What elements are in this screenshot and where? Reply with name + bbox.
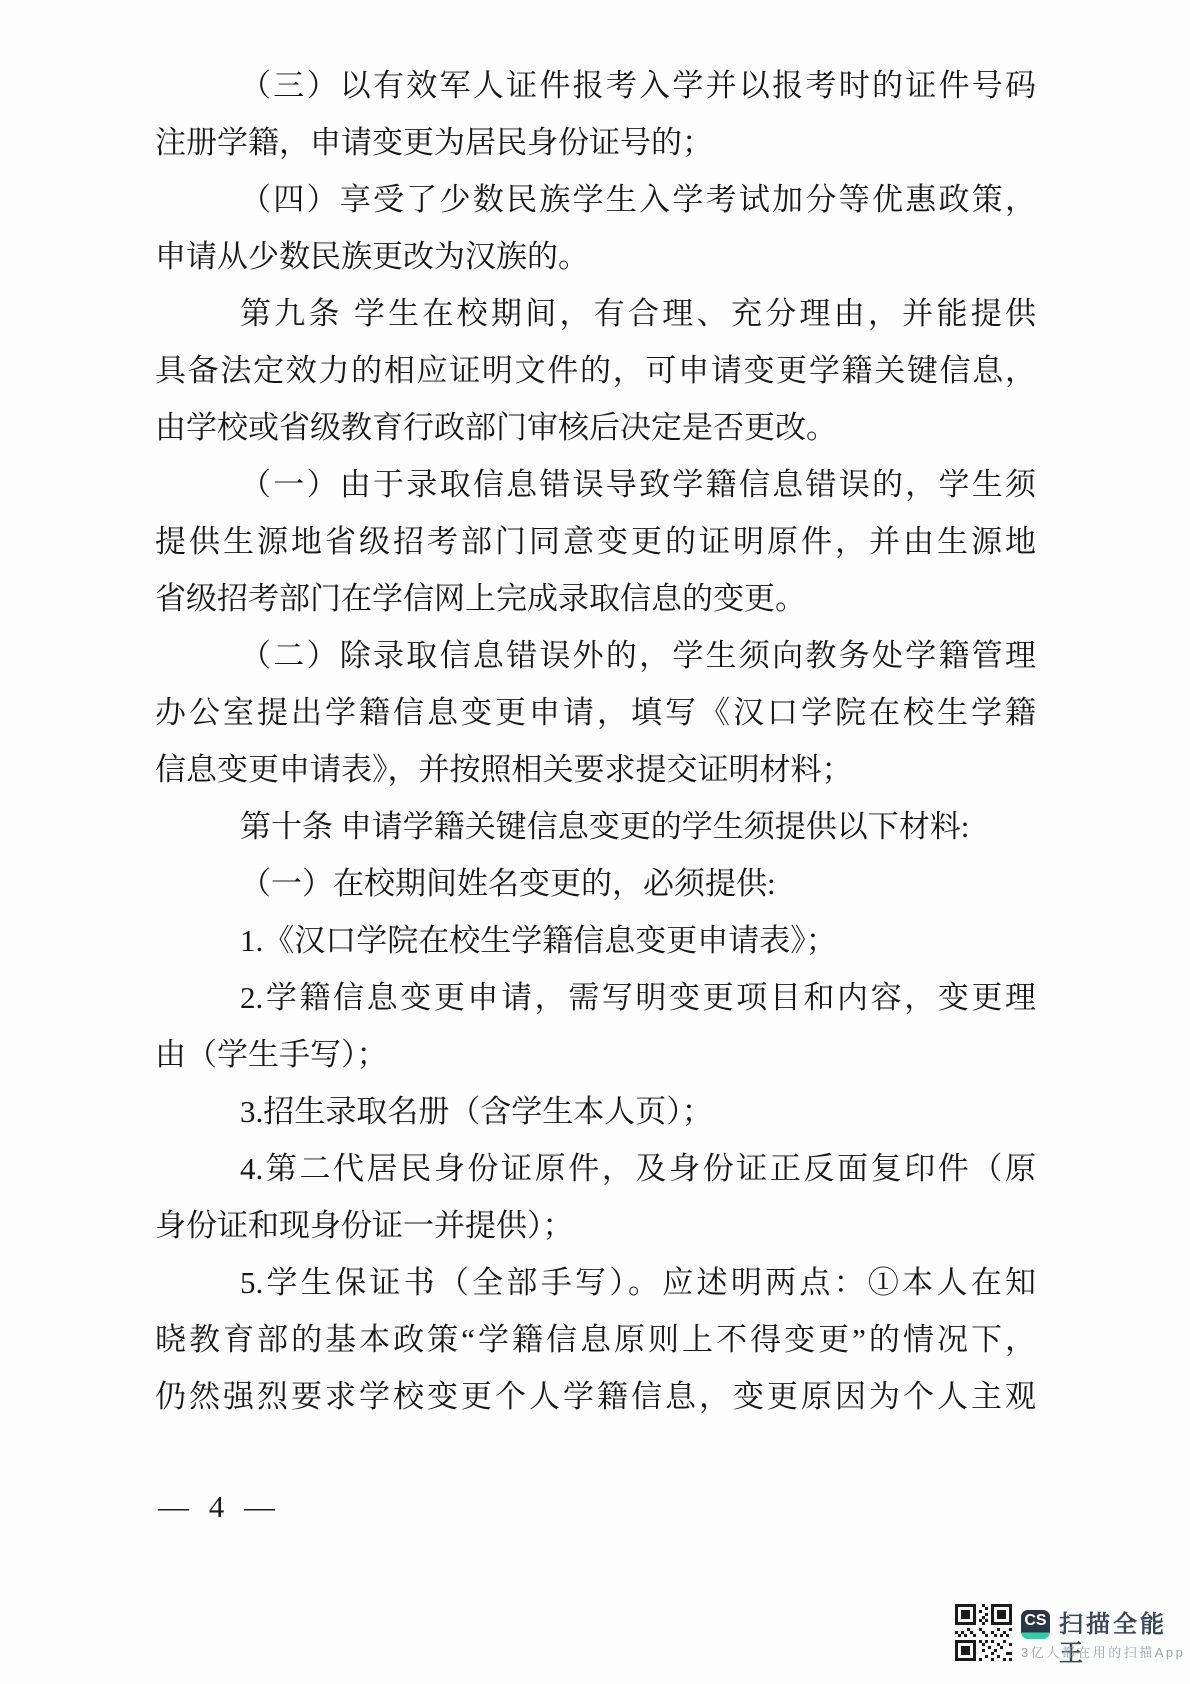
document-line: 第九条 学生在校期间，有合理、充分理由，并能提供 <box>155 285 1036 342</box>
document-line: 具备法定效力的相应证明文件的，可申请变更学籍关键信息， <box>155 342 1036 399</box>
document-line: 1.《汉口学院在校生学籍信息变更申请表》； <box>155 912 1036 969</box>
document-line: 办公室提出学籍信息变更申请，填写《汉口学院在校生学籍 <box>155 684 1036 741</box>
document-line: 身份证和现身份证一并提供）； <box>155 1197 1036 1254</box>
document-line: 4.第二代居民身份证原件，及身份证正反面复印件（原 <box>155 1140 1036 1197</box>
document-line: 3.招生录取名册（含学生本人页）； <box>155 1083 1036 1140</box>
camscanner-logo-text: CS <box>1024 1610 1046 1632</box>
camscanner-tagline: 3亿人都在用的扫描App <box>1021 1642 1185 1661</box>
camscanner-app-name: 扫描全能王 <box>1059 1610 1190 1639</box>
document-line: 由（学生手写）； <box>155 1026 1036 1083</box>
document-line: 省级招考部门在学信网上完成录取信息的变更。 <box>155 570 1036 627</box>
scanned-page: （三）以有效军人证件报考入学并以报考时的证件号码注册学籍，申请变更为居民身份证号… <box>0 0 1190 1684</box>
document-line: 申请从少数民族更改为汉族的。 <box>155 228 1036 285</box>
document-line: （三）以有效军人证件报考入学并以报考时的证件号码 <box>155 57 1036 114</box>
document-line: 由学校或省级教育行政部门审核后决定是否更改。 <box>155 399 1036 456</box>
document-line: 2.学籍信息变更申请，需写明变更项目和内容，变更理 <box>155 969 1036 1026</box>
document-line: （一）在校期间姓名变更的，必须提供: <box>155 855 1036 912</box>
document-body: （三）以有效军人证件报考入学并以报考时的证件号码注册学籍，申请变更为居民身份证号… <box>155 57 1036 1425</box>
document-line: （一）由于录取信息错误导致学籍信息错误的，学生须 <box>155 456 1036 513</box>
qr-code <box>955 1604 1012 1661</box>
document-line: 5.学生保证书（全部手写）。应述明两点：①本人在知 <box>155 1254 1036 1311</box>
document-line: 仍然强烈要求学校变更个人学籍信息，变更原因为个人主观 <box>155 1368 1036 1425</box>
camscanner-logo-badge: CS <box>1021 1610 1050 1639</box>
document-line: 注册学籍，申请变更为居民身份证号的； <box>155 114 1036 171</box>
document-line: 提供生源地省级招考部门同意变更的证明原件，并由生源地 <box>155 513 1036 570</box>
document-line: （四）享受了少数民族学生入学考试加分等优惠政策， <box>155 171 1036 228</box>
document-line: 第十条 申请学籍关键信息变更的学生须提供以下材料: <box>155 798 1036 855</box>
document-line: 信息变更申请表》，并按照相关要求提交证明材料； <box>155 741 1036 798</box>
document-line: 晓教育部的基本政策“学籍信息原则上不得变更”的情况下， <box>155 1311 1036 1368</box>
page-number: — 4 — <box>158 1489 281 1525</box>
document-line: （二）除录取信息错误外的，学生须向教务处学籍管理 <box>155 627 1036 684</box>
